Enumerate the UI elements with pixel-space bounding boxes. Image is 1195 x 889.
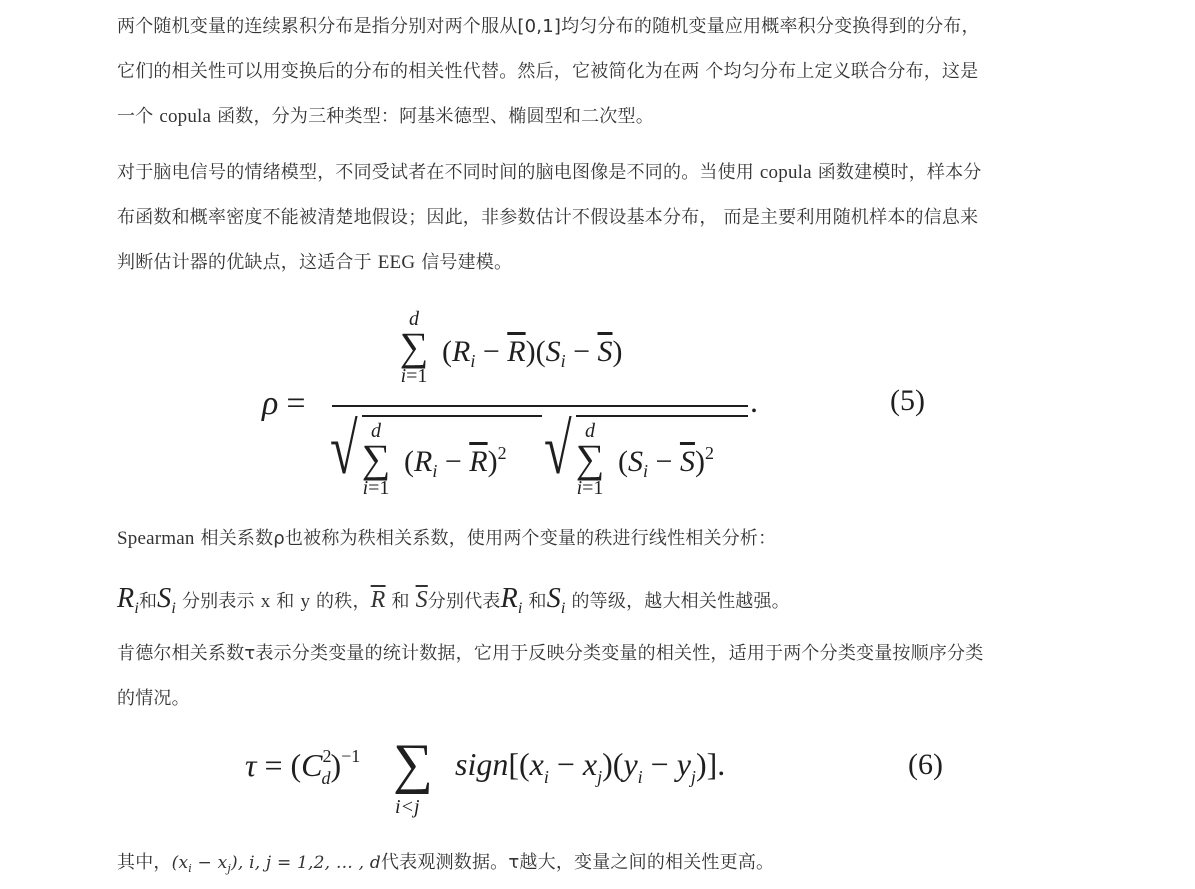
eeg-term: EEG bbox=[378, 252, 416, 273]
denominator-left-expression: (Ri − R)2 bbox=[404, 443, 507, 482]
equation-lhs: τ = (C2d)−1 bbox=[245, 746, 360, 789]
paragraph-kendall: 肯德尔相关系数τ表示分类变量的统计数据，它用于反映分类变量的相关性，适用于两个分… bbox=[117, 631, 1077, 721]
paragraph-line: 对于脑电信号的情绪模型，不同受试者在不同时间的脑电图像是不同的。当使用 copu… bbox=[117, 150, 1077, 195]
copula-term: copula bbox=[159, 106, 211, 127]
paragraph-eeg-modeling: 对于脑电信号的情绪模型，不同受试者在不同时间的脑电图像是不同的。当使用 copu… bbox=[117, 150, 1077, 285]
paragraph-rank-definitions: Ri和Si 分别表示 x 和 y 的秩，R 和 S分别代表Ri 和Si 的等级，… bbox=[117, 576, 1077, 631]
radical-bar bbox=[362, 415, 542, 417]
observation-math: (xi − xj), i, j = 1,2, … , d bbox=[172, 853, 381, 873]
equation-number-6: (6) bbox=[908, 748, 943, 782]
sqrt-icon: √ bbox=[330, 413, 358, 485]
paragraph-copula-intro: 两个随机变量的连续累积分布是指分别对两个服从[0,1]均匀分布的随机变量应用概率… bbox=[117, 4, 1077, 139]
equation-body: sign[(xi − xj)(yi − yj)]. bbox=[455, 746, 725, 788]
equation-kendall: τ = (C2d)−1 ∑ i<j sign[(xi − xj)(yi − yj… bbox=[245, 738, 845, 838]
equation-lhs: ρ= bbox=[262, 385, 306, 423]
numerator-expression: (Ri − R)(Si − S) bbox=[442, 335, 623, 372]
paragraph-line: Ri和Si 分别表示 x 和 y 的秩，R 和 S分别代表Ri 和Si 的等级，… bbox=[117, 576, 1077, 631]
paragraph-line: 的情况。 bbox=[117, 676, 1077, 721]
spearman-term: Spearman bbox=[117, 528, 195, 549]
paragraph-line: Spearman 相关系数ρ也被称为秩相关系数，使用两个变量的秩进行线性相关分析… bbox=[117, 516, 1077, 561]
sum-operator: d ∑ i=1 bbox=[570, 421, 610, 499]
sqrt-icon: √ bbox=[544, 413, 572, 485]
equation-number-5: (5) bbox=[890, 384, 925, 418]
equation-spearman: ρ= d ∑ i=1 (Ri − R)(Si − S) . √ d ∑ i=1 … bbox=[262, 305, 782, 510]
paragraph-line: 它们的相关性可以用变换后的分布的相关性代替。然后，它被简化为在两 个均匀分布上定… bbox=[117, 49, 1077, 94]
sum-operator: d ∑ i=1 bbox=[394, 309, 434, 387]
paragraph-line: 判断估计器的优缺点，这适合于 EEG 信号建模。 bbox=[117, 240, 1077, 285]
copula-term: copula bbox=[760, 162, 812, 183]
paragraph-observations: 其中，(xi − xj), i, j = 1,2, … , d代表观测数据。τ越… bbox=[117, 840, 1077, 889]
paragraph-line: 布函数和概率密度不能被清楚地假设；因此，非参数估计不假设基本分布， 而是主要利用… bbox=[117, 195, 1077, 240]
paragraph-spearman: Spearman 相关系数ρ也被称为秩相关系数，使用两个变量的秩进行线性相关分析… bbox=[117, 516, 1077, 561]
paragraph-line: 其中，(xi − xj), i, j = 1,2, … , d代表观测数据。τ越… bbox=[117, 840, 1077, 889]
sum-lower-limit: i<j bbox=[395, 796, 420, 819]
denominator-right-expression: (Si − S)2 bbox=[618, 443, 714, 482]
paragraph-line: 两个随机变量的连续累积分布是指分别对两个服从[0,1]均匀分布的随机变量应用概率… bbox=[117, 4, 1077, 49]
paragraph-line: 肯德尔相关系数τ表示分类变量的统计数据，它用于反映分类变量的相关性，适用于两个分… bbox=[117, 631, 1077, 676]
paragraph-line: 一个 copula 函数，分为三种类型：阿基米德型、椭圆型和二次型。 bbox=[117, 94, 1077, 139]
fraction-bar bbox=[332, 405, 748, 407]
radical-bar bbox=[576, 415, 748, 417]
sum-operator: ∑ bbox=[393, 732, 433, 796]
sum-operator: d ∑ i=1 bbox=[356, 421, 396, 499]
